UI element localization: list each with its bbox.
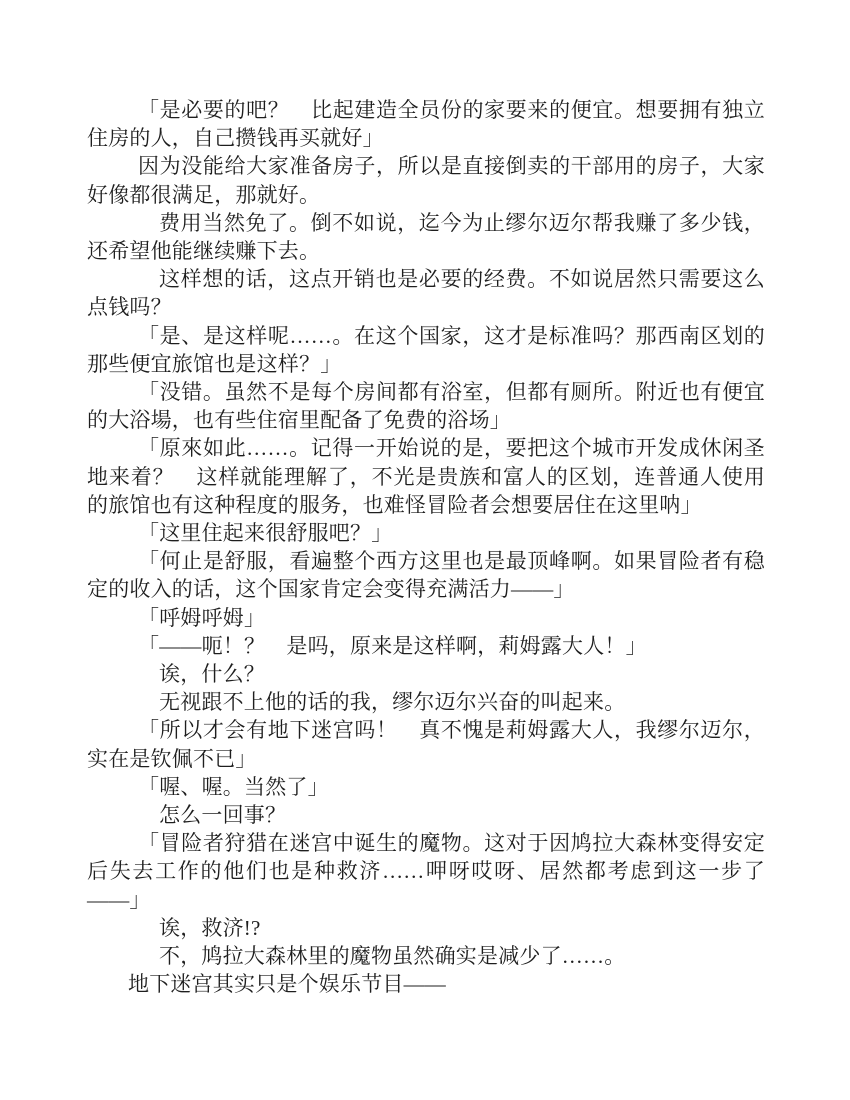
paragraph: 「是、是这样呢……。在这个国家，这才是标准吗？那西南区划的那些便宜旅馆也是这样？…	[87, 322, 765, 378]
paragraph: 因为没能给大家准备房子，所以是直接倒卖的干部用的房子，大家好像都很满足，那就好。	[87, 152, 765, 208]
paragraph: 无视跟不上他的话的我，缪尔迈尔兴奋的叫起来。	[87, 688, 765, 716]
paragraph: 诶，救济!?	[87, 914, 765, 942]
novel-page-text: 「是必要的吧？ 比起建造全员份的家要来的便宜。想要拥有独立住房的人，自己攒钱再买…	[87, 96, 765, 999]
paragraph: 「是必要的吧？ 比起建造全员份的家要来的便宜。想要拥有独立住房的人，自己攒钱再买…	[87, 96, 765, 152]
paragraph: 「——呃！？ 是吗，原来是这样啊，莉姆露大人！」	[87, 632, 765, 660]
paragraph: 费用当然免了。倒不如说，迄今为止缪尔迈尔帮我赚了多少钱，还希望他能继续赚下去。	[87, 209, 765, 265]
paragraph: 「所以才会有地下迷宫吗！ 真不愧是莉姆露大人，我缪尔迈尔，实在是钦佩不已」	[87, 716, 765, 772]
paragraph: 地下迷宫其实只是个娱乐节目——	[87, 970, 765, 998]
paragraph: 「冒险者狩猎在迷宫中诞生的魔物。这对于因鸠拉大森林变得安定后失去工作的他们也是种…	[87, 829, 765, 914]
paragraph: 怎么一回事？	[87, 801, 765, 829]
paragraph: 不，鸠拉大森林里的魔物虽然确实是减少了……。	[87, 942, 765, 970]
paragraph: 「这里住起来很舒服吧？」	[87, 519, 765, 547]
paragraph: 诶，什么？	[87, 660, 765, 688]
paragraph: 「呼姆呼姆」	[87, 604, 765, 632]
paragraph: 「没错。虽然不是每个房间都有浴室，但都有厕所。附近也有便宜的大浴場，也有些住宿里…	[87, 378, 765, 434]
paragraph: 「原來如此……。记得一开始说的是，要把这个城市开发成休闲圣地来着？ 这样就能理解…	[87, 434, 765, 519]
paragraph: 「何止是舒服，看遍整个西方这里也是最顶峰啊。如果冒险者有稳定的收入的话，这个国家…	[87, 547, 765, 603]
paragraph: 这样想的话，这点开销也是必要的经费。不如说居然只需要这么点钱吗？	[87, 265, 765, 321]
paragraph: 「喔、喔。当然了」	[87, 773, 765, 801]
